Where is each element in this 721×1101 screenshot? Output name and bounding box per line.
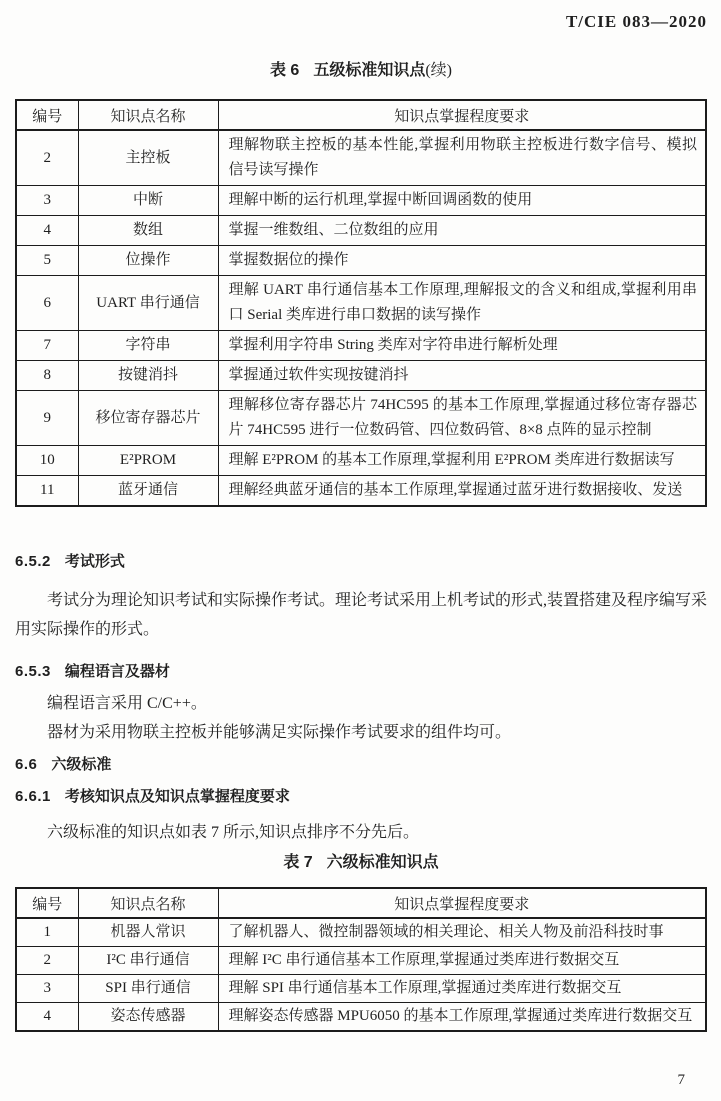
cell-name: I²C 串行通信 bbox=[78, 947, 218, 975]
table6-header-row: 编号 知识点名称 知识点掌握程度要求 bbox=[16, 100, 706, 130]
table-row: 11蓝牙通信理解经典蓝牙通信的基本工作原理,掌握通过蓝牙进行数据接收、发送 bbox=[16, 476, 706, 507]
cell-name: 主控板 bbox=[78, 130, 218, 186]
cell-name: 中断 bbox=[78, 186, 218, 216]
cell-no: 4 bbox=[16, 216, 78, 246]
section-number: 6.6 bbox=[15, 756, 37, 773]
table-row: 5位操作掌握数据位的操作 bbox=[16, 246, 706, 276]
table7-title: 表 7六级标准知识点 bbox=[15, 852, 707, 874]
table-row: 1机器人常识了解机器人、微控制器领域的相关理论、相关人物及前沿科技时事 bbox=[16, 918, 706, 947]
col-header-req: 知识点掌握程度要求 bbox=[218, 100, 706, 130]
cell-name: E²PROM bbox=[78, 446, 218, 476]
cell-name: 移位寄存器芯片 bbox=[78, 391, 218, 446]
paragraph-language: 编程语言采用 C/C++。 bbox=[15, 689, 707, 718]
section-title: 编程语言及器材 bbox=[65, 663, 170, 680]
col-header-name: 知识点名称 bbox=[78, 888, 218, 918]
table-row: 8按键消抖掌握通过软件实现按键消抖 bbox=[16, 361, 706, 391]
cell-req: 掌握通过软件实现按键消抖 bbox=[218, 361, 706, 391]
cell-req: 理解 SPI 串行通信基本工作原理,掌握通过类库进行数据交互 bbox=[218, 975, 706, 1003]
cell-name: 按键消抖 bbox=[78, 361, 218, 391]
cell-req: 理解 E²PROM 的基本工作原理,掌握利用 E²PROM 类库进行数据读写 bbox=[218, 446, 706, 476]
running-header: T/CIE 083—2020 bbox=[15, 12, 707, 32]
cell-name: 字符串 bbox=[78, 331, 218, 361]
table-row: 10E²PROM理解 E²PROM 的基本工作原理,掌握利用 E²PROM 类库… bbox=[16, 446, 706, 476]
table7-title-label: 表 7 bbox=[283, 854, 312, 871]
cell-req: 掌握一维数组、二位数组的应用 bbox=[218, 216, 706, 246]
cell-no: 3 bbox=[16, 975, 78, 1003]
cell-req: 理解中断的运行机理,掌握中断回调函数的使用 bbox=[218, 186, 706, 216]
cell-name: 位操作 bbox=[78, 246, 218, 276]
cell-req: 掌握利用字符串 String 类库对字符串进行解析处理 bbox=[218, 331, 706, 361]
table6-title-label: 表 6 bbox=[270, 62, 299, 79]
table6: 编号 知识点名称 知识点掌握程度要求 2主控板理解物联主控板的基本性能,掌握利用… bbox=[15, 99, 707, 507]
section-heading-6-5-2: 6.5.2考试形式 bbox=[15, 551, 707, 572]
cell-no: 10 bbox=[16, 446, 78, 476]
cell-req: 了解机器人、微控制器领域的相关理论、相关人物及前沿科技时事 bbox=[218, 918, 706, 947]
section-number: 6.5.2 bbox=[15, 553, 51, 570]
cell-no: 2 bbox=[16, 130, 78, 186]
table7-header-row: 编号 知识点名称 知识点掌握程度要求 bbox=[16, 888, 706, 918]
cell-req: 掌握数据位的操作 bbox=[218, 246, 706, 276]
cell-no: 8 bbox=[16, 361, 78, 391]
table6-title: 表 6五级标准知识点(续) bbox=[15, 60, 707, 82]
section-heading-6-6: 6.6六级标准 bbox=[15, 754, 707, 775]
cell-req: 理解移位寄存器芯片 74HC595 的基本工作原理,掌握通过移位寄存器芯片 74… bbox=[218, 391, 706, 446]
table-row: 2主控板理解物联主控板的基本性能,掌握利用物联主控板进行数字信号、模拟信号读写操… bbox=[16, 130, 706, 186]
cell-no: 9 bbox=[16, 391, 78, 446]
cell-name: UART 串行通信 bbox=[78, 276, 218, 331]
cell-req: 理解物联主控板的基本性能,掌握利用物联主控板进行数字信号、模拟信号读写操作 bbox=[218, 130, 706, 186]
cell-name: SPI 串行通信 bbox=[78, 975, 218, 1003]
col-header-no: 编号 bbox=[16, 888, 78, 918]
paragraph-level6-intro: 六级标准的知识点如表 7 所示,知识点排序不分先后。 bbox=[15, 818, 707, 847]
table6-title-text: 五级标准知识点 bbox=[313, 62, 425, 79]
col-header-req: 知识点掌握程度要求 bbox=[218, 888, 706, 918]
table-row: 4姿态传感器理解姿态传感器 MPU6050 的基本工作原理,掌握通过类库进行数据… bbox=[16, 1003, 706, 1032]
table-row: 3中断理解中断的运行机理,掌握中断回调函数的使用 bbox=[16, 186, 706, 216]
cell-name: 蓝牙通信 bbox=[78, 476, 218, 507]
table-row: 9移位寄存器芯片理解移位寄存器芯片 74HC595 的基本工作原理,掌握通过移位… bbox=[16, 391, 706, 446]
cell-no: 6 bbox=[16, 276, 78, 331]
table6-title-suffix: (续) bbox=[425, 62, 452, 79]
col-header-name: 知识点名称 bbox=[78, 100, 218, 130]
table7: 编号 知识点名称 知识点掌握程度要求 1机器人常识了解机器人、微控制器领域的相关… bbox=[15, 887, 707, 1032]
table-row: 2I²C 串行通信理解 I²C 串行通信基本工作原理,掌握通过类库进行数据交互 bbox=[16, 947, 706, 975]
cell-no: 3 bbox=[16, 186, 78, 216]
table-row: 3SPI 串行通信理解 SPI 串行通信基本工作原理,掌握通过类库进行数据交互 bbox=[16, 975, 706, 1003]
cell-no: 2 bbox=[16, 947, 78, 975]
col-header-no: 编号 bbox=[16, 100, 78, 130]
paragraph-exam-form: 考试分为理论知识考试和实际操作考试。理论考试采用上机考试的形式,装置搭建及程序编… bbox=[15, 586, 707, 644]
table-row: 7字符串掌握利用字符串 String 类库对字符串进行解析处理 bbox=[16, 331, 706, 361]
section-number: 6.5.3 bbox=[15, 663, 51, 680]
cell-req: 理解 UART 串行通信基本工作原理,理解报文的含义和组成,掌握利用串口 Ser… bbox=[218, 276, 706, 331]
cell-no: 4 bbox=[16, 1003, 78, 1032]
paragraph-equipment: 器材为采用物联主控板并能够满足实际操作考试要求的组件均可。 bbox=[15, 718, 707, 747]
section-title: 考核知识点及知识点掌握程度要求 bbox=[65, 788, 290, 805]
table-row: 4数组掌握一维数组、二位数组的应用 bbox=[16, 216, 706, 246]
cell-no: 7 bbox=[16, 331, 78, 361]
section-number: 6.6.1 bbox=[15, 788, 51, 805]
section-title: 六级标准 bbox=[51, 756, 111, 773]
cell-req: 理解 I²C 串行通信基本工作原理,掌握通过类库进行数据交互 bbox=[218, 947, 706, 975]
cell-name: 机器人常识 bbox=[78, 918, 218, 947]
cell-no: 11 bbox=[16, 476, 78, 507]
section-title: 考试形式 bbox=[65, 553, 125, 570]
cell-req: 理解经典蓝牙通信的基本工作原理,掌握通过蓝牙进行数据接收、发送 bbox=[218, 476, 706, 507]
section-heading-6-6-1: 6.6.1考核知识点及知识点掌握程度要求 bbox=[15, 786, 707, 807]
cell-no: 5 bbox=[16, 246, 78, 276]
cell-no: 1 bbox=[16, 918, 78, 947]
document-page: T/CIE 083—2020 表 6五级标准知识点(续) 编号 知识点名称 知识… bbox=[0, 0, 721, 1101]
cell-req: 理解姿态传感器 MPU6050 的基本工作原理,掌握通过类库进行数据交互 bbox=[218, 1003, 706, 1032]
cell-name: 姿态传感器 bbox=[78, 1003, 218, 1032]
page-number: 7 bbox=[678, 1072, 686, 1089]
table7-title-text: 六级标准知识点 bbox=[327, 854, 439, 871]
table-row: 6UART 串行通信理解 UART 串行通信基本工作原理,理解报文的含义和组成,… bbox=[16, 276, 706, 331]
section-heading-6-5-3: 6.5.3编程语言及器材 bbox=[15, 661, 707, 682]
cell-name: 数组 bbox=[78, 216, 218, 246]
